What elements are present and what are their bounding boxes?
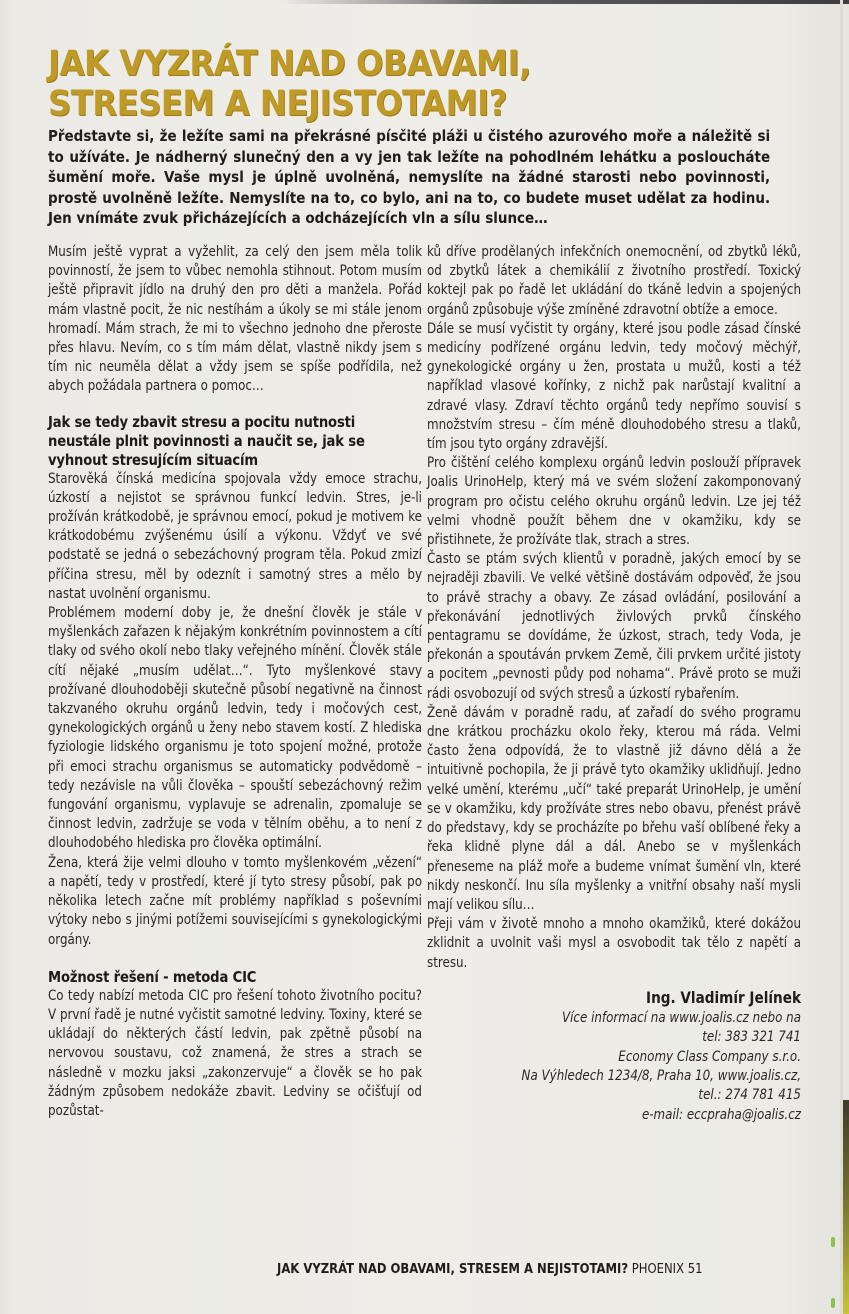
- contact-line: Více informací na www.joalis.cz nebo na: [427, 1009, 801, 1028]
- paragraph: Ženě dávám v poradně radu, ať zařadí do …: [427, 704, 801, 915]
- paragraph: Dále se musí vyčistit ty orgány, které j…: [427, 320, 801, 454]
- article-title-line-1: JAK VYZRÁT NAD OBAVAMI,: [48, 44, 531, 84]
- magazine-name: PHOENIX: [632, 1261, 684, 1277]
- paragraph: Co tedy nabízí metoda CIC pro řešení toh…: [48, 987, 422, 1121]
- contact-address: Na Výhledech 1234/8, Praha 10, www.joali…: [427, 1067, 801, 1086]
- paragraph: Přeji vám v životě mnoho a mnoho okamžik…: [427, 915, 801, 973]
- section-heading: Jak se tedy zbavit stresu a pocitu nutno…: [48, 413, 422, 470]
- section-heading: Možnost řešení - metoda CIC: [48, 968, 422, 987]
- page-number: 51: [688, 1261, 703, 1277]
- paragraph: Problémem moderní doby je, že dnešní člo…: [48, 604, 422, 854]
- contact-email: e-mail: eccpraha@joalis.cz: [427, 1106, 801, 1125]
- article-title-line-2: STRESEM A NEJISTOTAMI?: [48, 84, 531, 124]
- paragraph: Žena, která žije velmi dlouho v tomto my…: [48, 854, 422, 950]
- article-title: JAK VYZRÁT NAD OBAVAMI, STRESEM A NEJIST…: [48, 44, 531, 124]
- paragraph: ků dříve prodělaných infekčních onemocně…: [427, 243, 801, 320]
- right-column: ků dříve prodělaných infekčních onemocně…: [427, 243, 801, 1125]
- edge-mark: [831, 1237, 835, 1247]
- paragraph: Starověká čínská medicína spojovala vždy…: [48, 470, 422, 604]
- article-lead: Představte si, že ležíte sami na překrás…: [48, 126, 770, 229]
- edge-mark: [831, 1298, 835, 1308]
- running-title: JAK VYZRÁT NAD OBAVAMI, STRESEM A NEJIST…: [277, 1261, 628, 1277]
- scan-top-edge: [280, 0, 849, 4]
- contact-company: Economy Class Company s.r.o.: [427, 1048, 801, 1067]
- author-name: Ing. Vladimír Jelínek: [427, 987, 801, 1009]
- page-footer: JAK VYZRÁT NAD OBAVAMI, STRESEM A NEJIST…: [277, 1261, 703, 1277]
- magazine-page: JAK VYZRÁT NAD OBAVAMI, STRESEM A NEJIST…: [0, 0, 849, 1314]
- paragraph: Často se ptám svých klientů v poradně, j…: [427, 550, 801, 704]
- next-page-edge-strip: [843, 1100, 849, 1314]
- left-column: Musím ještě vyprat a vyžehlit, za celý d…: [48, 243, 422, 1121]
- paragraph: Musím ještě vyprat a vyžehlit, za celý d…: [48, 243, 422, 397]
- author-signature: Ing. Vladimír Jelínek Více informací na …: [427, 987, 801, 1125]
- contact-phone: tel: 383 321 741: [427, 1028, 801, 1047]
- paragraph: Pro čištění celého komplexu orgánů ledvi…: [427, 454, 801, 550]
- contact-phone-2: tel.: 274 781 415: [427, 1086, 801, 1105]
